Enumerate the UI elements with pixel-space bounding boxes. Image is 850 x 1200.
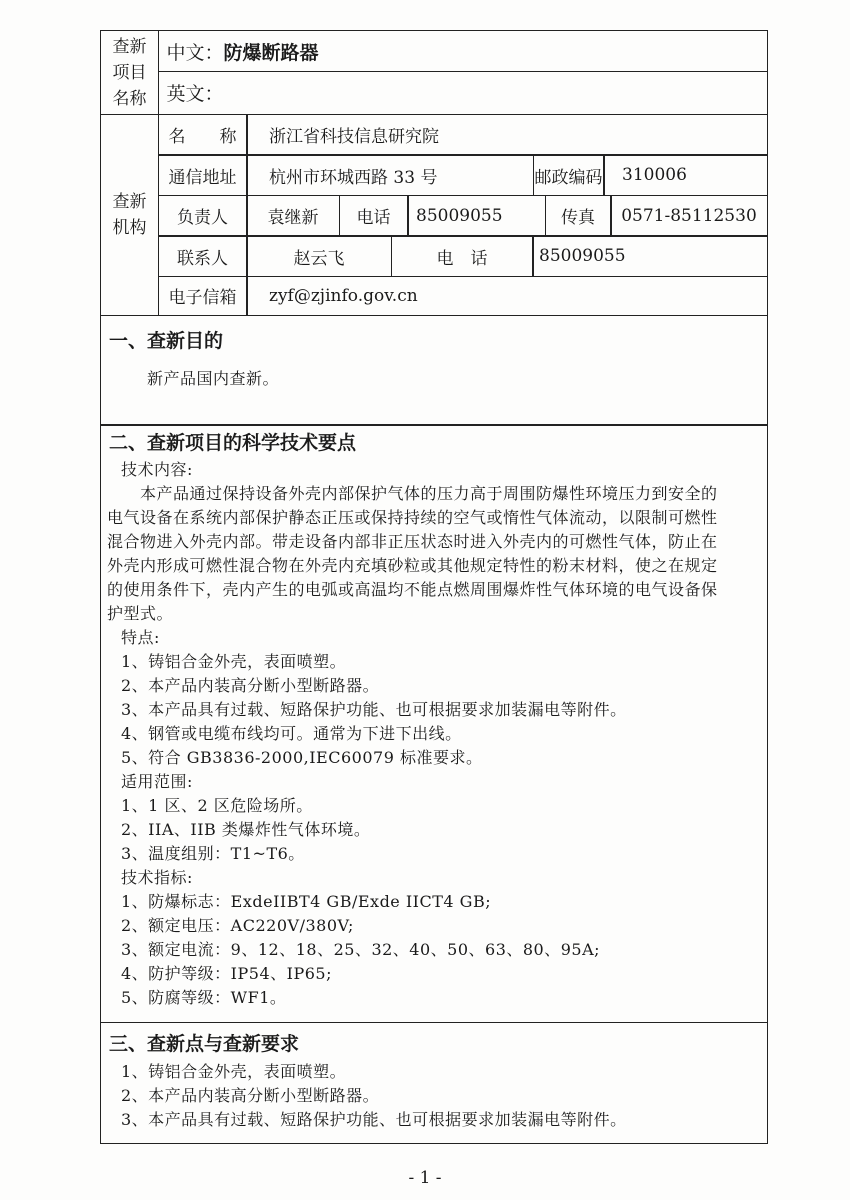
scope-item: 1、1 区、2 区危险场所。 xyxy=(121,793,313,816)
label-text: 名 称 xyxy=(169,122,237,147)
value-text: 85009055 xyxy=(416,206,503,226)
tech-content-line: 混合物进入外壳内部。带走设备内部非正压状态时进入外壳内的可燃性气体，防止在 xyxy=(107,529,718,552)
tech-content-label: 技术内容: xyxy=(121,457,193,480)
label-text: 电 话 xyxy=(437,244,488,269)
value-text: 赵云飞 xyxy=(294,244,345,269)
email-value: zyf@zjinfo.gov.cn xyxy=(246,276,768,317)
value-text: 浙江省科技信息研究院 xyxy=(269,122,439,147)
feature-item: 2、本产品内装高分断小型断路器。 xyxy=(121,673,379,696)
section-novelty-points-title: 三、查新点与查新要求 xyxy=(109,1029,299,1056)
institution-name-label: 名 称 xyxy=(158,114,248,156)
novelty-item: 1、铸铝合金外壳，表面喷塑。 xyxy=(121,1059,346,1082)
label-text: 联系人 xyxy=(177,244,228,269)
address-value: 杭州市环城西路 33 号 xyxy=(246,154,534,196)
value-text: 85009055 xyxy=(539,246,626,266)
spec-item: 2、额定电压：AC220V/380V; xyxy=(121,913,354,936)
section-purpose-body: 新产品国内查新。 xyxy=(147,366,279,389)
chinese-name-row: 中文： 防爆断路器 xyxy=(158,30,769,72)
head-phone-value: 85009055 xyxy=(407,195,546,237)
value-text: 0571-85112530 xyxy=(621,206,757,226)
value-text: 杭州市环城西路 33 号 xyxy=(269,163,437,188)
novelty-item: 2、本产品内装高分断小型断路器。 xyxy=(121,1083,379,1106)
institution-label-line: 机构 xyxy=(113,215,147,241)
project-name-label: 查新 项目 名称 xyxy=(100,30,159,115)
page-number: - 1 - xyxy=(0,1168,850,1188)
institution-label: 查新 机构 xyxy=(100,114,159,316)
project-name-label-line: 项目 xyxy=(113,60,147,86)
value-text: zyf@zjinfo.gov.cn xyxy=(269,286,418,306)
contact-phone-label: 电 话 xyxy=(391,235,534,277)
scope-label: 适用范围: xyxy=(121,769,193,792)
fax-value: 0571-85112530 xyxy=(610,195,768,237)
value-text: 310006 xyxy=(622,165,687,185)
chinese-name-label: 中文： xyxy=(167,38,224,65)
label-text: 电子信箱 xyxy=(169,283,237,308)
feature-item: 5、符合 GB3836-2000,IEC60079 标准要求。 xyxy=(121,745,482,768)
contact-phone-value: 85009055 xyxy=(532,235,768,277)
features-label: 特点: xyxy=(121,625,160,648)
tech-content-line: 护型式。 xyxy=(107,601,173,624)
section-tech-points: 二、查新项目的科学技术要点 技术内容: 本产品通过保持设备外壳内部保护气体的压力… xyxy=(100,424,768,1023)
contact-value: 赵云飞 xyxy=(246,235,392,277)
scope-item: 3、温度组别：T1~T6。 xyxy=(121,841,305,864)
postcode-label: 邮政编码 xyxy=(533,154,605,196)
feature-item: 3、本产品具有过载、短路保护功能、也可根据要求加装漏电等附件。 xyxy=(121,697,627,720)
label-text: 电话 xyxy=(357,203,391,228)
head-phone-label: 电话 xyxy=(339,195,409,237)
project-name-label-line: 查新 xyxy=(113,34,147,60)
head-value: 袁继新 xyxy=(246,195,340,237)
project-name-label-line: 名称 xyxy=(113,86,147,112)
scope-item: 2、IIA、IIB 类爆炸性气体环境。 xyxy=(121,817,370,840)
section-purpose: 一、查新目的 新产品国内查新。 xyxy=(100,315,768,426)
english-name-label: 英文： xyxy=(167,79,224,106)
section-purpose-title: 一、查新目的 xyxy=(109,326,223,353)
tech-content-line: 的使用条件下，壳内产生的电弧或高温均不能点燃周围爆炸性气体环境的电气设备保 xyxy=(107,577,718,600)
fax-label: 传真 xyxy=(545,195,612,237)
spec-item: 1、防爆标志：ExdeIIBT4 GB/Exde IICT4 GB; xyxy=(121,889,491,912)
specs-label: 技术指标: xyxy=(121,865,193,888)
feature-item: 1、铸铝合金外壳，表面喷塑。 xyxy=(121,649,346,672)
label-text: 传真 xyxy=(561,203,595,228)
label-text: 负责人 xyxy=(177,203,228,228)
email-label: 电子信箱 xyxy=(158,276,248,317)
spec-item: 3、额定电流：9、12、18、25、32、40、50、63、80、95A; xyxy=(121,937,600,960)
tech-content-line: 外壳内形成可燃性混合物在外壳内充填砂粒或其他规定特性的粉末材料，使之在规定 xyxy=(107,553,718,576)
section-novelty-points: 三、查新点与查新要求 1、铸铝合金外壳，表面喷塑。 2、本产品内装高分断小型断路… xyxy=(100,1022,768,1144)
spec-item: 4、防护等级：IP54、IP65; xyxy=(121,961,332,984)
head-label: 负责人 xyxy=(158,195,248,237)
tech-content-line: 本产品通过保持设备外壳内部保护气体的压力高于周围防爆性环境压力到安全的 xyxy=(107,481,718,504)
section-tech-points-title: 二、查新项目的科学技术要点 xyxy=(109,428,356,455)
tech-content-line: 电气设备在系统内部保护静态正压或保持持续的空气或惰性气体流动，以限制可燃性 xyxy=(107,505,718,528)
label-text: 邮政编码 xyxy=(535,163,603,188)
chinese-name-value: 防爆断路器 xyxy=(224,38,319,65)
address-label: 通信地址 xyxy=(158,154,248,196)
postcode-value: 310006 xyxy=(603,154,768,196)
english-name-row: 英文： xyxy=(158,71,769,116)
novelty-item: 3、本产品具有过载、短路保护功能、也可根据要求加装漏电等附件。 xyxy=(121,1107,627,1130)
institution-label-line: 查新 xyxy=(113,189,147,215)
value-text: 袁继新 xyxy=(268,203,319,228)
feature-item: 4、钢管或电缆布线均可。通常为下进下出线。 xyxy=(121,721,462,744)
label-text: 通信地址 xyxy=(169,163,237,188)
contact-label: 联系人 xyxy=(158,235,248,277)
institution-name-value: 浙江省科技信息研究院 xyxy=(246,114,768,156)
spec-item: 5、防腐等级：WF1。 xyxy=(121,985,286,1008)
